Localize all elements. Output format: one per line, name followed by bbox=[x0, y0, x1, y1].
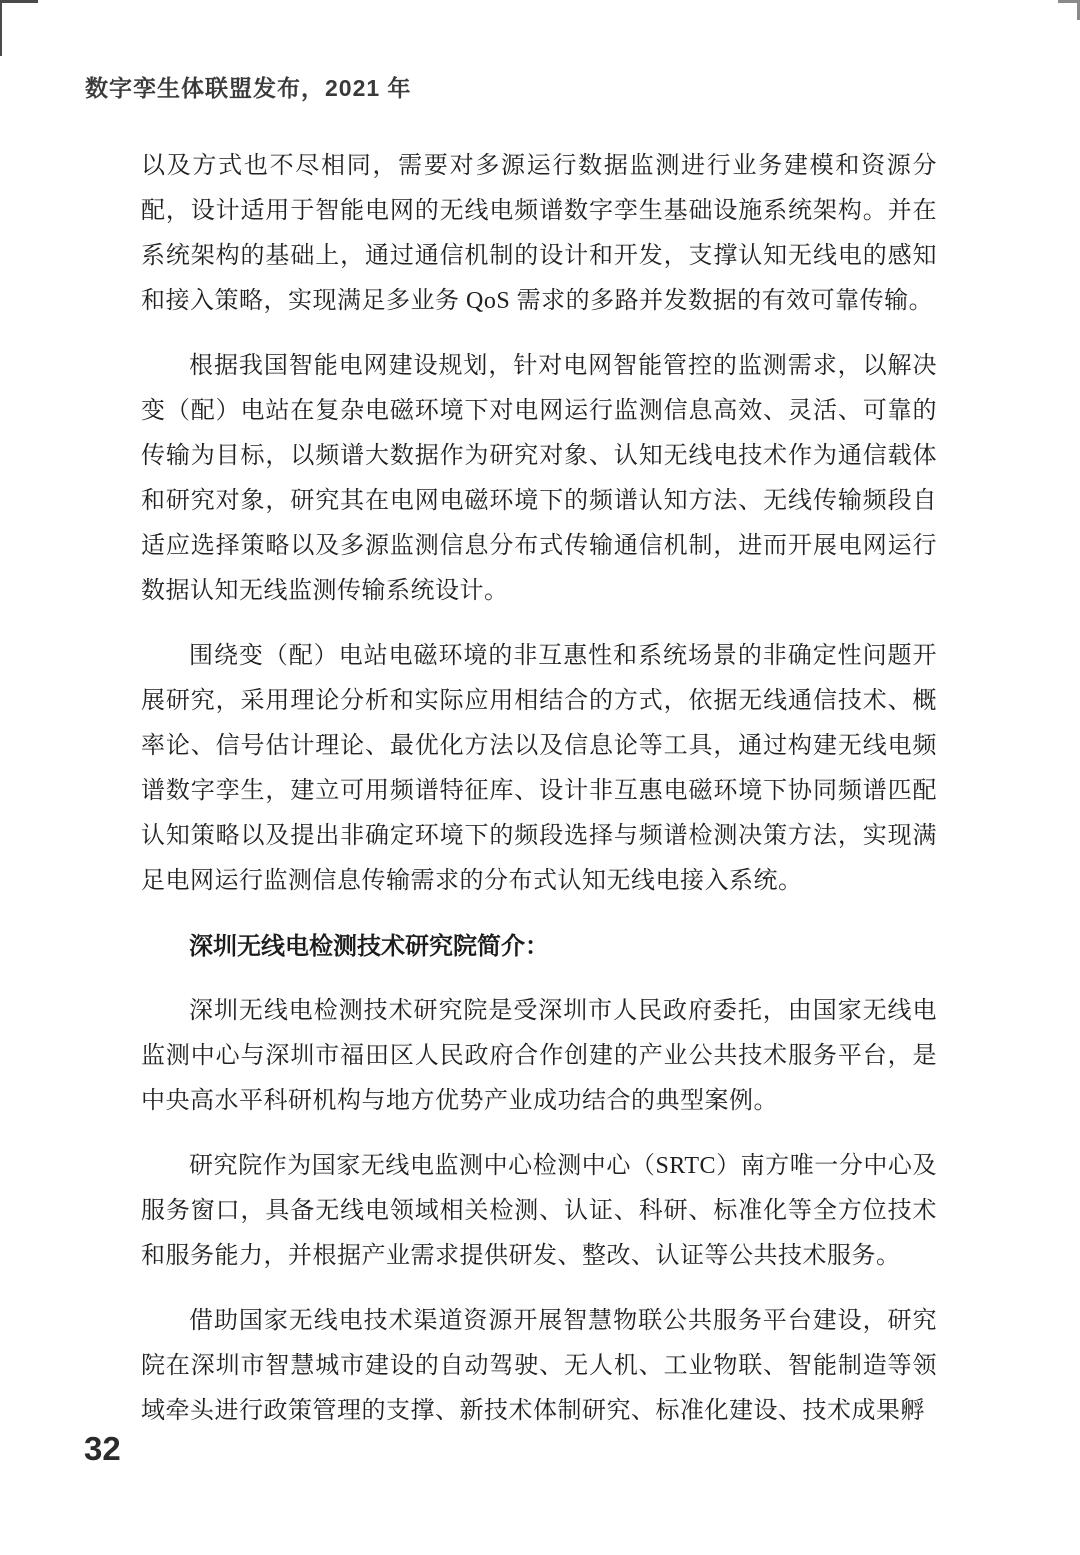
body-paragraph: 深圳无线电检测技术研究院是受深圳市人民政府委托，由国家无线电监测中心与深圳市福田… bbox=[141, 989, 937, 1124]
scan-corner-topleft-vertical bbox=[0, 0, 2, 56]
document-body: 以及方式也不尽相同，需要对多源运行数据监测进行业务建模和资源分配，设计适用于智能… bbox=[141, 144, 937, 1454]
body-paragraph: 根据我国智能电网建设规划，针对电网智能管控的监测需求，以解决变（配）电站在复杂电… bbox=[141, 344, 937, 614]
body-paragraph: 借助国家无线电技术渠道资源开展智慧物联公共服务平台建设，研究院在深圳市智慧城市建… bbox=[141, 1299, 937, 1434]
body-paragraph: 研究院作为国家无线电监测中心检测中心（SRTC）南方唯一分中心及服务窗口，具备无… bbox=[141, 1144, 937, 1279]
page-header-note: 数字孪生体联盟发布，2021 年 bbox=[85, 70, 412, 103]
body-paragraph-continuation: 以及方式也不尽相同，需要对多源运行数据监测进行业务建模和资源分配，设计适用于智能… bbox=[141, 144, 937, 324]
scan-corner-topleft-horizontal bbox=[0, 0, 38, 3]
page-number: 32 bbox=[84, 1430, 121, 1468]
body-paragraph: 围绕变（配）电站电磁环境的非互惠性和系统场景的非确定性问题开展研究，采用理论分析… bbox=[141, 634, 937, 904]
section-heading: 深圳无线电检测技术研究院简介： bbox=[141, 924, 937, 969]
